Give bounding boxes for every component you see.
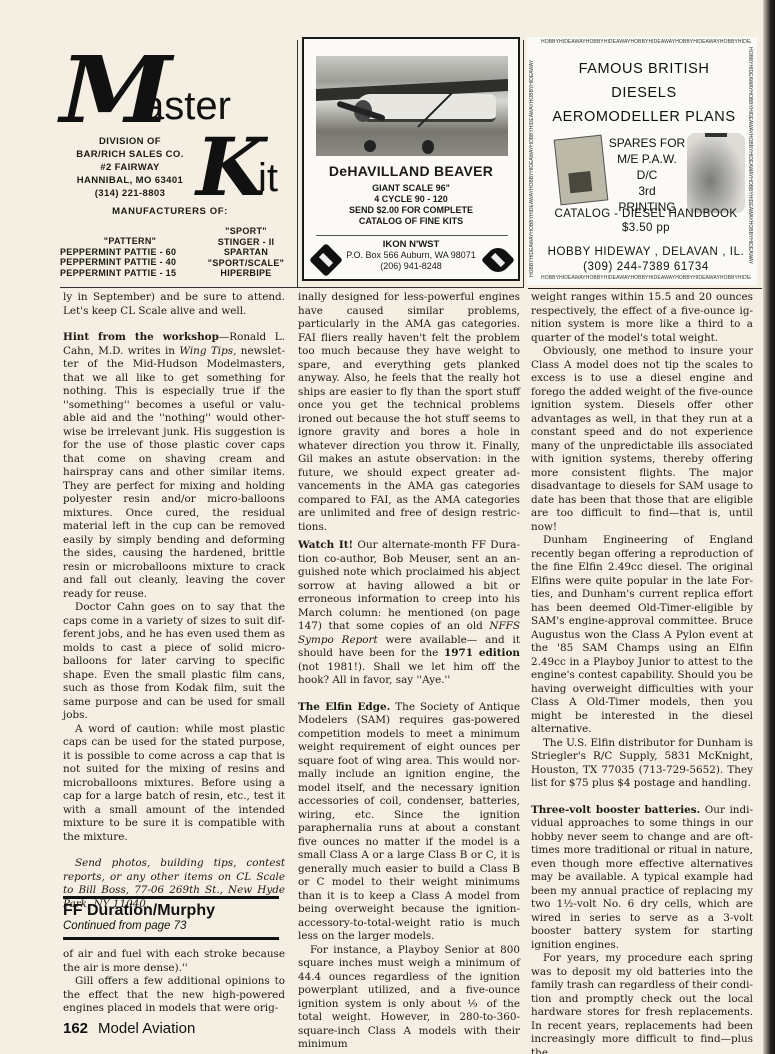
beaver-kit-ad: DeHAVILLAND BEAVER GIANT SCALE 96" 4 CYC… xyxy=(302,37,520,281)
newsletter-title: Wing Tips, xyxy=(179,345,236,357)
paragraph: of air and fuel with each stroke because… xyxy=(63,948,285,975)
paragraph: inally designed for less-powerful engine… xyxy=(298,291,520,534)
detail-line: SEND $2.00 FOR COMPLETE xyxy=(304,205,518,216)
hobby-phone: (309) 244-7389 61734 xyxy=(541,260,751,275)
paragraph-watch-it: Watch It! Our alternate-month FF Dura­ti… xyxy=(298,539,520,688)
manufacturers-label: MANUFACTURERS OF: xyxy=(60,206,280,217)
paragraph: Dunham Engineering of England recent­ly … xyxy=(531,534,753,737)
hobby-catalog-offer: CATALOG - DIESEL HANDBOOK $3.50 pp xyxy=(541,207,751,235)
detail-line: CATALOG OF FINE KITS xyxy=(304,216,518,227)
beaver-ad-details: GIANT SCALE 96" 4 CYCLE 90 - 120 SEND $2… xyxy=(304,183,518,227)
address-line: DIVISION OF xyxy=(60,135,200,148)
beaver-divider xyxy=(316,235,508,236)
beaver-ad-title: DeHAVILLAND BEAVER xyxy=(304,163,518,179)
pattern-products: "PATTERN" PEPPERMINT PATTIE - 60 PEPPERM… xyxy=(60,236,200,278)
logo-it-text: it xyxy=(258,158,278,198)
column-top-rule xyxy=(528,288,762,289)
catalog-price: $3.50 pp xyxy=(541,221,751,235)
spares-line: 3rd xyxy=(607,183,687,199)
subhead: Three-volt booster batteries. xyxy=(531,804,700,816)
product-item: PEPPERMINT PATTIE - 60 xyxy=(60,247,200,258)
detail-line: 4 CYCLE 90 - 120 xyxy=(304,194,518,205)
ad-bottom-rule xyxy=(298,287,524,288)
subhead: Watch It! xyxy=(298,539,353,551)
paragraph: Doctor Cahn goes on to say that the caps… xyxy=(63,601,285,723)
paragraph: Obviously, one method to insure your Cla… xyxy=(531,345,753,534)
product-category: "SPORT/SCALE" xyxy=(196,258,296,269)
paragraph: Gill offers a few additional opinions to… xyxy=(63,975,285,1016)
spares-line: M/E P.A.W. xyxy=(607,151,687,167)
ad-divider xyxy=(297,40,298,288)
text-run: newslet­ter of the Mid-Hudson Modelmaste… xyxy=(63,345,285,600)
edition-emphasis: 1971 edition xyxy=(444,647,520,659)
ad-divider xyxy=(523,40,524,288)
address-line: BAR/RICH SALES CO. xyxy=(60,148,200,161)
ad-bottom-rule xyxy=(60,287,297,288)
hobby-hideaway-ad: HOBBYHIDEAWAYHOBBYHIDEAWAYHOBBYHIDEAWAYH… xyxy=(527,37,757,285)
headline-line: FAMOUS BRITISH xyxy=(541,57,747,81)
subhead: Hint from the workshop xyxy=(63,331,219,343)
diesel-engine-photo xyxy=(687,133,745,213)
catalog-line: CATALOG - DIESEL HANDBOOK xyxy=(541,207,751,221)
paragraph: A word of caution: while most plastic ca… xyxy=(63,723,285,845)
product-item: STINGER - II xyxy=(196,237,296,248)
address-line: HANNIBAL, MO 63401 xyxy=(60,174,200,187)
product-item: SPARTAN xyxy=(196,247,296,258)
spares-line: SPARES FOR xyxy=(607,135,687,151)
product-category: "SPORT" xyxy=(196,226,296,237)
address-line: #2 FAIRWAY xyxy=(60,161,200,174)
diesel-handbook-photo xyxy=(554,135,609,206)
logo-k-glyph: K xyxy=(196,132,266,202)
product-category: "PATTERN" xyxy=(60,236,200,247)
address-line: (314) 221-8803 xyxy=(60,187,200,200)
text-run: Our indi­vidual approaches to some thing… xyxy=(531,804,753,951)
hobby-border-text-right: HOBBYHIDEAWAYHOBBYHIDEAWAYHOBBYHIDEAWAYH… xyxy=(747,47,753,277)
hobby-border-text-top: HOBBYHIDEAWAYHOBBYHIDEAWAYHOBBYHIDEAWAYH… xyxy=(541,39,751,45)
paragraph-workshop-hint: Hint from the workshop—Ronald L. Cahn, M… xyxy=(63,331,285,601)
article-column-1-continued: of air and fuel with each stroke because… xyxy=(63,948,285,1016)
paragraph: ly in September) and be sure to attend. … xyxy=(63,291,285,318)
beaver-airplane-photo xyxy=(316,56,508,156)
paragraph-booster-batteries: Three-volt booster batteries. Our indi­v… xyxy=(531,804,753,953)
sport-products: "SPORT" STINGER - II SPARTAN "SPORT/SCAL… xyxy=(196,226,296,279)
paragraph: weight ranges within 15.5 and 20 ounces … xyxy=(531,291,753,345)
hobby-contact: HOBBY HIDEWAY , DELAVAN , IL. (309) 244-… xyxy=(541,245,751,275)
page-edge-shadow xyxy=(763,0,775,1054)
article-column-1: ly in September) and be sure to attend. … xyxy=(63,291,285,911)
master-kit-logo: M aster xyxy=(60,50,260,130)
master-kit-ad: M aster K it DIVISION OF BAR/RICH SALES … xyxy=(60,40,296,286)
page-footer: 162Model Aviation xyxy=(63,1020,195,1037)
section-header: FF Duration/Murphy Continued from page 7… xyxy=(63,896,279,940)
product-item: PEPPERMINT PATTIE - 40 xyxy=(60,257,200,268)
headline-line: DIESELS xyxy=(541,81,747,105)
master-kit-address: DIVISION OF BAR/RICH SALES CO. #2 FAIRWA… xyxy=(60,135,200,200)
publication-name: Model Aviation xyxy=(98,1020,195,1037)
product-item: PEPPERMINT PATTIE - 15 xyxy=(60,268,200,279)
text-run: The Society of Antique Modelers (SAM) re… xyxy=(298,701,520,943)
headline-line: AEROMODELLER PLANS xyxy=(541,105,747,129)
hobby-border-text-left: HOBBYHIDEAWAYHOBBYHIDEAWAYHOBBYHIDEAWAYH… xyxy=(529,47,535,277)
company-name: IKON N'WST xyxy=(304,239,518,250)
paragraph: For years, my procedure each spring was … xyxy=(531,952,753,1054)
article-column-2: inally designed for less-powerful engine… xyxy=(298,291,520,1052)
detail-line: GIANT SCALE 96" xyxy=(304,183,518,194)
hobby-spares-info: SPARES FOR M/E P.A.W. D/C 3rd PRINTING xyxy=(607,135,687,215)
paragraph-elfin-edge: The Elfin Edge. The Society of Antique M… xyxy=(298,701,520,944)
text-run: (not 1981!). Shall we let him off the ho… xyxy=(298,661,520,687)
article-column-3: weight ranges within 15.5 and 20 ounces … xyxy=(531,291,753,1054)
section-title: FF Duration/Murphy xyxy=(63,902,279,920)
hobby-company: HOBBY HIDEWAY , DELAVAN , IL. xyxy=(541,245,751,260)
section-continued-note: Continued from page 73 xyxy=(63,920,279,933)
page-number: 162 xyxy=(63,1020,88,1037)
product-item: HIPERBIPE xyxy=(196,268,296,279)
hobby-headline: FAMOUS BRITISH DIESELS AEROMODELLER PLAN… xyxy=(541,57,747,129)
spares-line: D/C xyxy=(607,167,687,183)
text-run: Our alternate-month FF Dura­tion co-auth… xyxy=(298,539,520,632)
subhead: The Elfin Edge. xyxy=(298,701,390,713)
hobby-border-text-bottom: HOBBYHIDEAWAYHOBBYHIDEAWAYHOBBYHIDEAWAYH… xyxy=(541,275,751,281)
paragraph: The U.S. Elfin distributor for Dunham is… xyxy=(531,737,753,791)
paragraph: For instance, a Playboy Senior at 800 sq… xyxy=(298,944,520,1052)
